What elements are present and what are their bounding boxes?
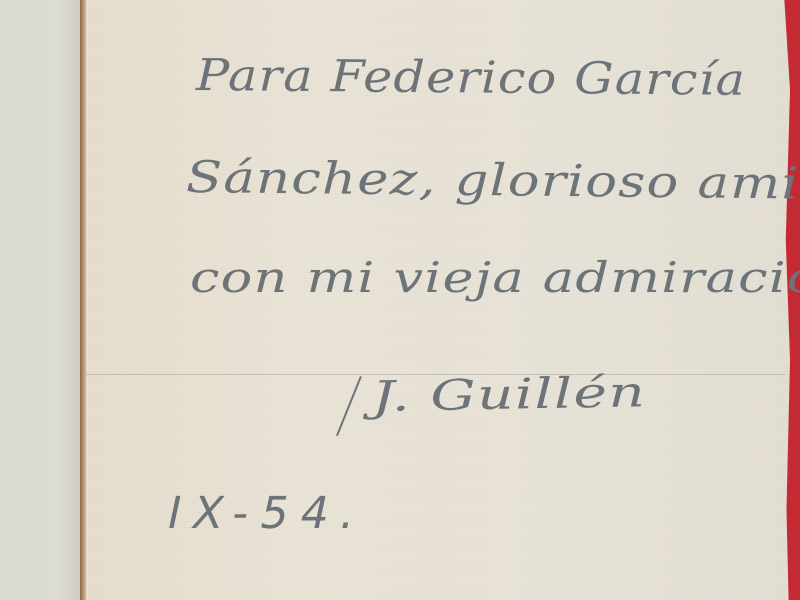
signature: J. Guillén bbox=[372, 367, 647, 421]
inscription-line-3: con mi vieja admiración bbox=[190, 253, 800, 302]
left-page bbox=[0, 0, 82, 600]
inscription-date: IX-54. bbox=[163, 488, 373, 539]
inscription-line-2: Sánchez, glorioso amigo, bbox=[186, 152, 800, 210]
inscription-line-1: Para Federico García bbox=[196, 50, 746, 106]
